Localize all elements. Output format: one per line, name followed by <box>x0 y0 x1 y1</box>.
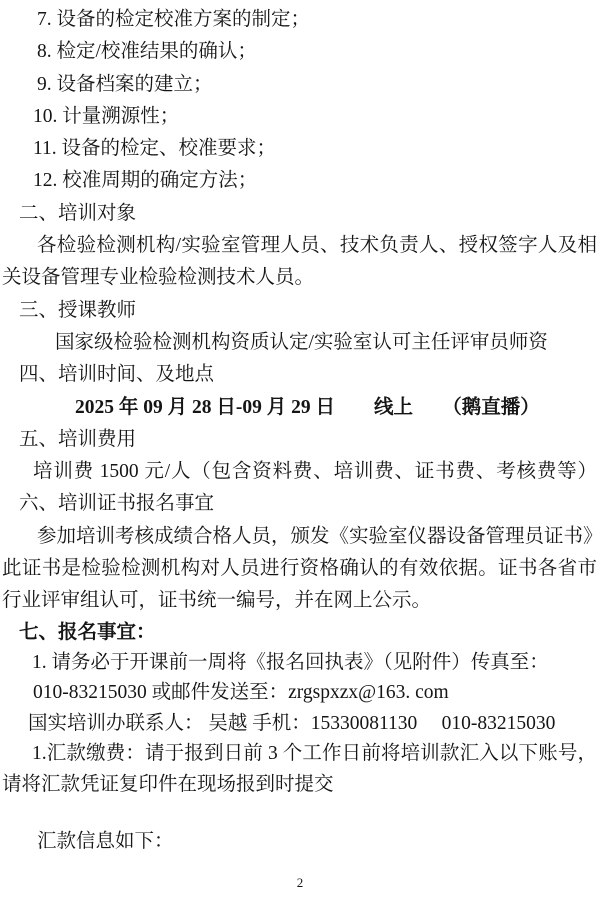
section-heading-7-registration: 七、报名事宜： <box>0 618 600 648</box>
page-number: 2 <box>0 875 600 890</box>
certificate-text-line-3: 行业评审组认可，证书统一编号，并在网上公示。 <box>0 585 600 617</box>
document-body-lower: 七、报名事宜： 1. 请务必于开课前一周将《报名回执表》（见附件）传真至： 01… <box>0 618 600 858</box>
registration-step-line: 1. 请务必于开课前一周将《报名回执表》（见附件）传真至： <box>0 648 600 678</box>
certificate-text-line-2: 此证书是检验检测机构对人员进行资格确认的有效依据。证书各省市 <box>0 553 600 585</box>
section-heading-5-fee: 五、培训费用 <box>0 424 600 456</box>
remittance-info-label: 汇款信息如下： <box>0 827 600 857</box>
section-heading-3-instructors: 三、授课教师 <box>0 295 600 327</box>
payment-instruction-line-1: 1.汇款缴费：请于报到日前 3 个工作日前将培训款汇入以下账号， <box>0 739 600 769</box>
certificate-text-line-1: 参加培训考核成绩合格人员，颁发《实验室仪器设备管理员证书》 <box>0 521 600 553</box>
section-heading-2-training-target: 二、培训对象 <box>0 198 600 230</box>
training-target-text-line-2: 关设备管理专业检验检测技术人员。 <box>0 262 600 294</box>
course-topic-item-10: 10. 计量溯源性； <box>0 101 600 133</box>
course-topic-item-11: 11. 设备的检定、校准要求； <box>0 133 600 165</box>
training-date-line: 2025 年 09 月 28 日-09 月 29 日 线上 （鹅直播） <box>0 392 600 424</box>
section-heading-4-time-location: 四、培训时间、及地点 <box>0 359 600 391</box>
document-body-upper: 7. 设备的检定校准方案的制定； 8. 检定/校准结果的确认； 9. 设备档案的… <box>0 0 600 618</box>
course-topic-item-8: 8. 检定/校准结果的确认； <box>0 36 600 68</box>
course-topic-item-9: 9. 设备档案的建立； <box>0 69 600 101</box>
document-page: 7. 设备的检定校准方案的制定； 8. 检定/校准结果的确认； 9. 设备档案的… <box>0 0 600 897</box>
payment-instruction-line-2: 请将汇款凭证复印件在现场报到时提交 <box>0 770 600 800</box>
contact-person-line: 国实培训办联系人： 吴越 手机：15330081130 010-83215030 <box>0 709 600 739</box>
fax-email-line: 010-83215030 或邮件发送至：zrgspxzx@163. com <box>0 678 600 708</box>
instructors-text: 国家级检验检测机构资质认定/实验室认可主任评审员师资 <box>0 327 600 359</box>
course-topic-item-12: 12. 校准周期的确定方法； <box>0 165 600 197</box>
training-target-text-line-1: 各检验检测机构/实验室管理人员、技术负责人、授权签字人及相 <box>0 230 600 262</box>
section-heading-6-certificate: 六、培训证书报名事宜 <box>0 488 600 520</box>
training-fee-text: 培训费 1500 元/人（包含资料费、培训费、证书费、考核费等） <box>0 456 600 488</box>
course-topic-item-7: 7. 设备的检定校准方案的制定； <box>0 4 600 36</box>
